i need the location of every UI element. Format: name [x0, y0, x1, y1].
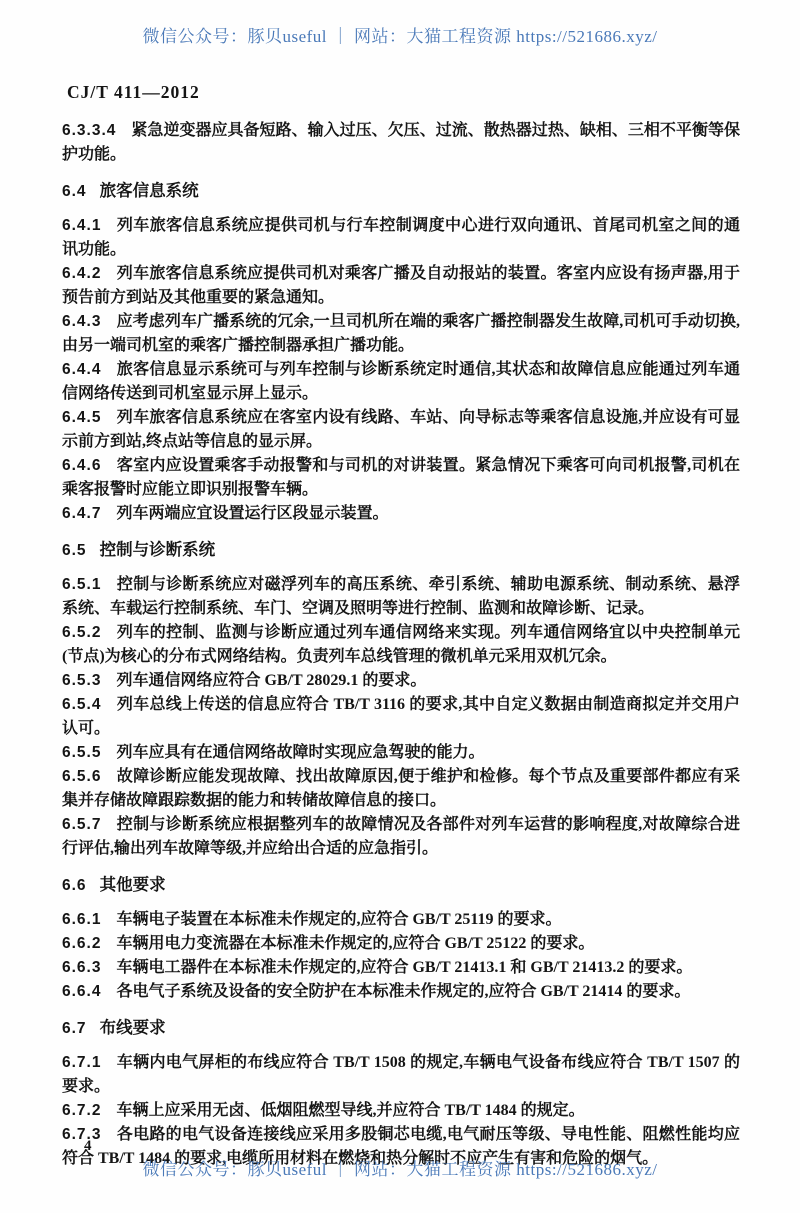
section-title: 其他要求	[100, 876, 166, 894]
clause-paragraph: 6.5.6故障诊断应能发现故障、找出故障原因,便于维护和检修。每个节点及重要部件…	[62, 765, 740, 813]
clause-number: 6.4.7	[62, 505, 101, 522]
clause-number: 6.6.3	[62, 959, 101, 976]
clause-paragraph: 6.5.7控制与诊断系统应根据整列车的故障情况及各部件对列车运营的影响程度,对故…	[62, 813, 740, 861]
clause-number: 6.5.5	[62, 744, 101, 761]
clause-paragraph: 6.6.4各电气子系统及设备的安全防护在本标准未作规定的,应符合 GB/T 21…	[62, 980, 740, 1004]
clause-paragraph: 6.4.4旅客信息显示系统可与列车控制与诊断系统定时通信,其状态和故障信息应能通…	[62, 358, 740, 406]
clause-text: 列车总线上传送的信息应符合 TB/T 3116 的要求,其中自定义数据由制造商拟…	[62, 696, 740, 737]
clause-number: 6.4.4	[62, 361, 101, 378]
clause-paragraph: 6.6.3车辆电工器件在本标准未作规定的,应符合 GB/T 21413.1 和 …	[62, 956, 740, 980]
clause-paragraph: 6.5.4列车总线上传送的信息应符合 TB/T 3116 的要求,其中自定义数据…	[62, 693, 740, 741]
clause-number: 6.4.3	[62, 313, 101, 330]
clause-number: 6.5	[62, 542, 87, 559]
clause-text: 车辆内电气屏柜的布线应符合 TB/T 1508 的规定,车辆电气设备布线应符合 …	[62, 1054, 740, 1095]
clause-number: 6.5.3	[62, 672, 101, 689]
document-body: 6.3.3.4紧急逆变器应具备短路、输入过压、欠压、过流、散热器过热、缺相、三相…	[62, 119, 740, 1171]
watermark-header: 微信公众号：豚贝useful ｜ 网站：大猫工程资源 https://52168…	[0, 22, 800, 47]
section-heading: 6.6其他要求	[62, 873, 740, 898]
clause-text: 控制与诊断系统应对磁浮列车的高压系统、牵引系统、辅助电源系统、制动系统、悬浮系统…	[62, 576, 740, 617]
section-title: 控制与诊断系统	[100, 541, 216, 559]
document-code: CJ/T 411—2012	[67, 82, 200, 103]
clause-number: 6.6.2	[62, 935, 101, 952]
clause-text: 控制与诊断系统应根据整列车的故障情况及各部件对列车运营的影响程度,对故障综合进行…	[62, 816, 740, 857]
clause-text: 紧急逆变器应具备短路、输入过压、欠压、过流、散热器过热、缺相、三相不平衡等保护功…	[62, 122, 740, 163]
clause-paragraph: 6.5.5列车应具有在通信网络故障时实现应急驾驶的能力。	[62, 741, 740, 765]
section-title: 布线要求	[100, 1019, 166, 1037]
clause-text: 车辆用电力变流器在本标准未作规定的,应符合 GB/T 25122 的要求。	[116, 935, 594, 952]
clause-paragraph: 6.4.1列车旅客信息系统应提供司机与行车控制调度中心进行双向通讯、首尾司机室之…	[62, 214, 740, 262]
clause-paragraph: 6.5.1控制与诊断系统应对磁浮列车的高压系统、牵引系统、辅助电源系统、制动系统…	[62, 573, 740, 621]
clause-text: 客室内应设置乘客手动报警和与司机的对讲装置。紧急情况下乘客可向司机报警,司机在乘…	[62, 457, 740, 498]
clause-text: 列车旅客信息系统应提供司机对乘客广播及自动报站的装置。客室内应设有扬声器,用于预…	[62, 265, 740, 306]
clause-text: 应考虑列车广播系统的冗余,一旦司机所在端的乘客广播控制器发生故障,司机可手动切换…	[62, 313, 740, 354]
clause-text: 列车旅客信息系统应在客室内设有线路、车站、向导标志等乘客信息设施,并应设有可显示…	[62, 409, 740, 450]
clause-paragraph: 6.5.2列车的控制、监测与诊断应通过列车通信网络来实现。列车通信网络宜以中央控…	[62, 621, 740, 669]
clause-number: 6.4.2	[62, 265, 101, 282]
clause-paragraph: 6.4.6客室内应设置乘客手动报警和与司机的对讲装置。紧急情况下乘客可向司机报警…	[62, 454, 740, 502]
clause-number: 6.4.5	[62, 409, 101, 426]
clause-paragraph: 6.4.2列车旅客信息系统应提供司机对乘客广播及自动报站的装置。客室内应设有扬声…	[62, 262, 740, 310]
section-heading: 6.7布线要求	[62, 1016, 740, 1041]
scanned-document-page: 微信公众号：豚贝useful ｜ 网站：大猫工程资源 https://52168…	[0, 0, 800, 1213]
clause-paragraph: 6.4.7列车两端应宜设置运行区段显示装置。	[62, 502, 740, 526]
clause-number: 6.6	[62, 877, 87, 894]
clause-text: 列车旅客信息系统应提供司机与行车控制调度中心进行双向通讯、首尾司机室之间的通讯功…	[62, 217, 740, 258]
section-heading: 6.5控制与诊断系统	[62, 538, 740, 563]
clause-text: 车辆电子装置在本标准未作规定的,应符合 GB/T 25119 的要求。	[116, 911, 561, 928]
clause-text: 车辆上应采用无卤、低烟阻燃型导线,并应符合 TB/T 1484 的规定。	[116, 1102, 584, 1119]
clause-number: 6.7.3	[62, 1126, 101, 1143]
clause-paragraph: 6.6.2车辆用电力变流器在本标准未作规定的,应符合 GB/T 25122 的要…	[62, 932, 740, 956]
clause-number: 6.7	[62, 1020, 87, 1037]
clause-text: 列车两端应宜设置运行区段显示装置。	[116, 505, 388, 522]
clause-text: 车辆电工器件在本标准未作规定的,应符合 GB/T 21413.1 和 GB/T …	[116, 959, 692, 976]
clause-paragraph: 6.4.5列车旅客信息系统应在客室内设有线路、车站、向导标志等乘客信息设施,并应…	[62, 406, 740, 454]
clause-number: 6.7.1	[62, 1054, 101, 1071]
section-title: 旅客信息系统	[100, 182, 199, 200]
clause-text: 各电气子系统及设备的安全防护在本标准未作规定的,应符合 GB/T 21414 的…	[116, 983, 690, 1000]
clause-number: 6.5.1	[62, 576, 101, 593]
clause-number: 6.4	[62, 183, 87, 200]
watermark-footer: 微信公众号：豚贝useful ｜ 网站：大猫工程资源 https://52168…	[0, 1155, 800, 1180]
clause-number: 6.6.4	[62, 983, 101, 1000]
clause-number: 6.6.1	[62, 911, 101, 928]
clause-text: 列车通信网络应符合 GB/T 28029.1 的要求。	[116, 672, 426, 689]
clause-number: 6.4.6	[62, 457, 101, 474]
clause-paragraph: 6.7.1车辆内电气屏柜的布线应符合 TB/T 1508 的规定,车辆电气设备布…	[62, 1051, 740, 1099]
clause-number: 6.5.7	[62, 816, 101, 833]
page-number: 4	[84, 1138, 92, 1155]
clause-number: 6.5.4	[62, 696, 101, 713]
clause-text: 列车应具有在通信网络故障时实现应急驾驶的能力。	[116, 744, 484, 761]
clause-number: 6.5.2	[62, 624, 101, 641]
clause-number: 6.4.1	[62, 217, 101, 234]
clause-paragraph: 6.4.3应考虑列车广播系统的冗余,一旦司机所在端的乘客广播控制器发生故障,司机…	[62, 310, 740, 358]
clause-number: 6.7.2	[62, 1102, 101, 1119]
clause-text: 列车的控制、监测与诊断应通过列车通信网络来实现。列车通信网络宜以中央控制单元(节…	[62, 624, 740, 665]
clause-text: 故障诊断应能发现故障、找出故障原因,便于维护和检修。每个节点及重要部件都应有采集…	[62, 768, 740, 809]
clause-paragraph: 6.7.2车辆上应采用无卤、低烟阻燃型导线,并应符合 TB/T 1484 的规定…	[62, 1099, 740, 1123]
clause-paragraph: 6.6.1车辆电子装置在本标准未作规定的,应符合 GB/T 25119 的要求。	[62, 908, 740, 932]
clause-number: 6.5.6	[62, 768, 101, 785]
section-heading: 6.4旅客信息系统	[62, 179, 740, 204]
clause-text: 旅客信息显示系统可与列车控制与诊断系统定时通信,其状态和故障信息应能通过列车通信…	[62, 361, 740, 402]
clause-paragraph: 6.3.3.4紧急逆变器应具备短路、输入过压、欠压、过流、散热器过热、缺相、三相…	[62, 119, 740, 167]
clause-paragraph: 6.5.3列车通信网络应符合 GB/T 28029.1 的要求。	[62, 669, 740, 693]
clause-number: 6.3.3.4	[62, 122, 116, 139]
